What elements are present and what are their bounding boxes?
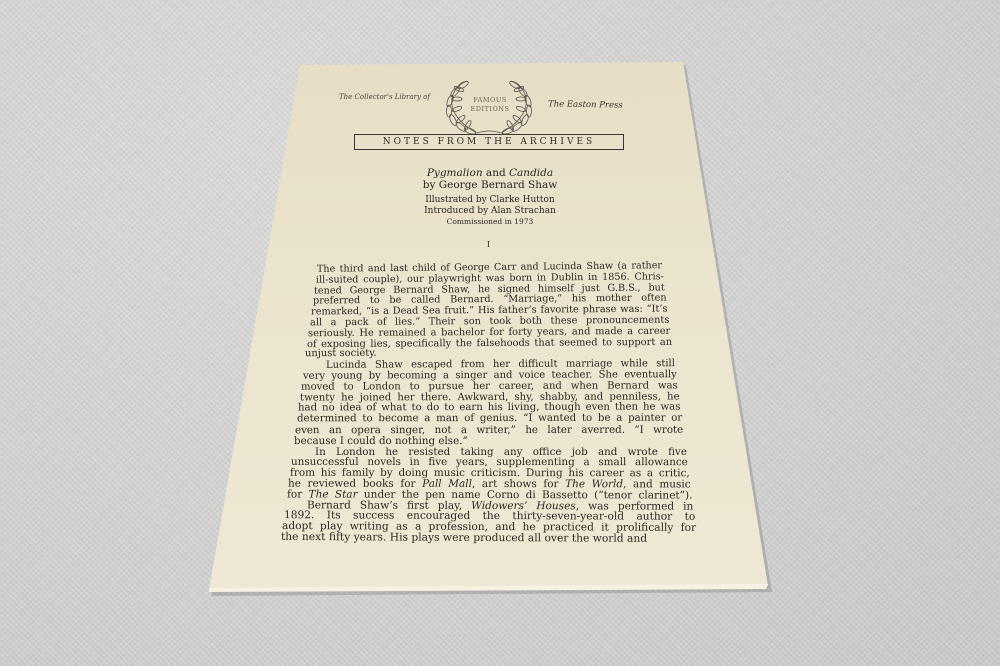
- wreath-text-famous: FAMOUS: [463, 96, 517, 104]
- easton-press-tagline: The Easton Press: [548, 99, 623, 110]
- body-line: the next fifty years. His plays were pro…: [281, 531, 698, 545]
- section-number: I: [487, 240, 490, 249]
- commission-date: Commissioned in 1973: [380, 217, 600, 226]
- illustrator-credit: Illustrated by Clarke Hutton: [380, 195, 600, 205]
- leaflet-content: The Collector's Library of: [0, 0, 1000, 666]
- title-pygmalion: Pygmalion: [427, 167, 483, 179]
- collectors-library-tagline: The Collector's Library of: [339, 93, 430, 101]
- notes-banner: NOTES FROM THE ARCHIVES: [354, 134, 624, 150]
- introduction-credit: Introduced by Alan Strachan: [380, 206, 600, 216]
- wreath-text-editions: EDITIONS: [463, 105, 517, 113]
- title-and: and: [483, 167, 509, 179]
- title-candida: Candida: [509, 167, 553, 179]
- book-author: by George Bernard Shaw: [380, 179, 600, 191]
- book-title: Pygmalion and Candida: [380, 167, 600, 179]
